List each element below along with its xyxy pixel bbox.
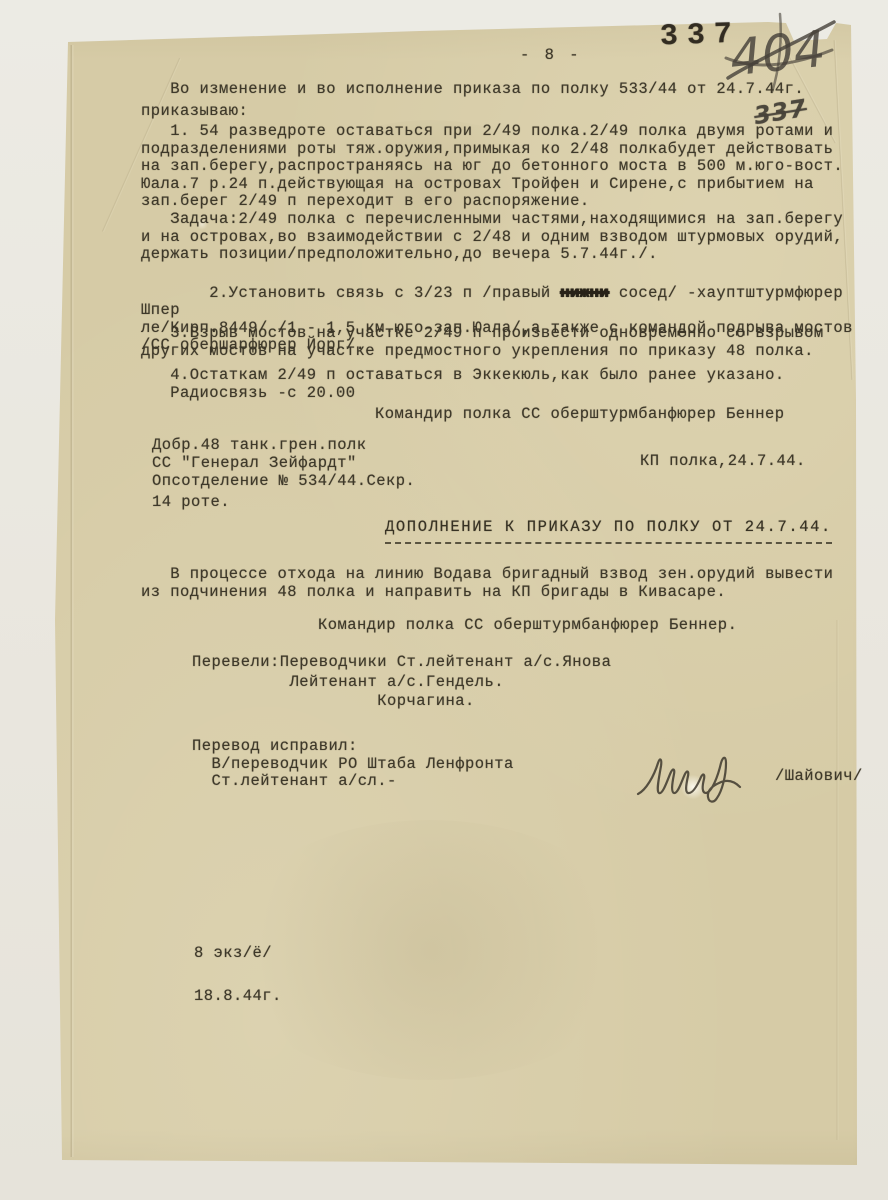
scanned-document-page: - 8 - 337 404 Во изменение и во исполнен…: [0, 0, 888, 1200]
letterhead-distribution: 14 роте.: [152, 494, 230, 512]
order-item-1: 1. 54 разведроте оставаться при 2/49 пол…: [141, 123, 886, 264]
corrector-name: /Шайович/: [775, 768, 863, 786]
addendum-heading: ДОПОЛНЕНИЕ К ПРИКАЗУ ПО ПОЛКУ ОТ 24.7.44…: [385, 519, 832, 544]
handwritten-top-number: 404: [727, 20, 828, 88]
letterhead-unit: Добр.48 танк.грен.полк СС "Генерал Зейфа…: [152, 436, 415, 490]
copies-and-date: 8 экз/ё/ 18.8.44г.: [155, 921, 282, 1029]
overstruck-word: нижни: [560, 284, 609, 302]
addendum-body: В процессе отхода на линию Водава бригад…: [141, 566, 886, 601]
typed-date: 18.8.44г.: [194, 987, 282, 1005]
copies-count: 8 экз/ё/: [194, 944, 272, 962]
signature-scribble: [632, 748, 782, 808]
order-item-2-text-before: 2.Установить связь с 3/23 п /правый: [180, 284, 560, 302]
order-commander-signature-line: Командир полка СС оберштурмбанфюрер Бенн…: [375, 406, 785, 424]
translation-corrector-block: Перевод исправил: В/переводчик РО Штаба …: [192, 738, 514, 791]
order-item-3: 3.Взрыв мостов на участке 2/49 п произве…: [141, 325, 886, 360]
page-number: - 8 -: [520, 45, 582, 67]
letterhead-kp-date: КП полка,24.7.44.: [640, 453, 806, 471]
order-item-4: 4.Остаткам 2/49 п оставаться в Эккекюль,…: [141, 367, 886, 402]
addendum-commander-signature-line: Командир полка СС оберштурмбанфюрер Бенн…: [318, 617, 737, 635]
translators-block: Перевели:Переводчики Ст.лейтенант а/с.Ян…: [192, 653, 611, 712]
